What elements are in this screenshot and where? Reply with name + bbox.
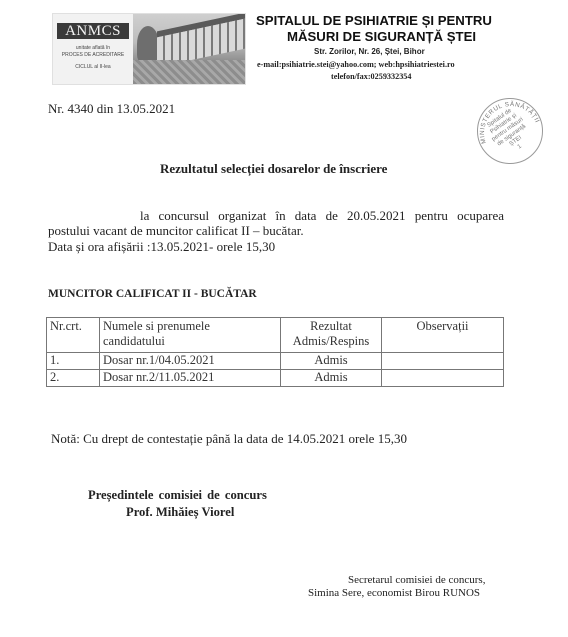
anmcs-brand: ANMCS (57, 23, 129, 39)
logo-line-3: CICLUL al II-lea (75, 64, 110, 71)
row-observations (382, 370, 504, 387)
org-contact: e-mail:psihiatrie.stei@yahoo.com; web:hp… (257, 60, 455, 69)
row-observations (382, 353, 504, 370)
header-nr: Nr.crt. (47, 318, 100, 353)
section-title: MUNCITOR CALIFICAT II - BUCĂTAR (48, 288, 257, 300)
header-name: Numele si prenumele candidatului (100, 318, 281, 353)
org-address: Str. Zorilor, Nr. 26, Ștei, Bihor (314, 47, 425, 56)
header-name-line-1: Numele si prenumele (103, 319, 210, 333)
table-header-row: Nr.crt. Numele si prenumele candidatului… (47, 318, 504, 353)
tree-shape (137, 26, 159, 62)
paragraph-line-2: postului vacant de muncitor calificat II… (48, 223, 304, 239)
anmcs-badge: ANMCS unitate aflată în PROCES DE ACREDI… (53, 14, 133, 84)
logo-line-2: PROCES DE ACREDITARE (62, 52, 124, 59)
secretary-name: Simina Sere, economist Birou RUNOS (308, 587, 480, 599)
paragraph-line-1: la concursul organizat în data de 20.05.… (48, 208, 504, 224)
document-reference: Nr. 4340 din 13.05.2021 (48, 101, 175, 117)
posting-time: Data și ora afișării :13.05.2021- orele … (48, 239, 275, 255)
accreditation-logo: ANMCS unitate aflată în PROCES DE ACREDI… (52, 13, 246, 85)
president-name: Prof. Mihăieș Viorel (126, 505, 234, 520)
row-nr: 1. (47, 353, 100, 370)
org-name-line-1: SPITALUL DE PSIHIATRIE ȘI PENTRU (256, 13, 492, 28)
org-name-line-2: MĂSURI DE SIGURANȚĂ ȘTEI (287, 29, 476, 44)
row-result: Admis (281, 353, 382, 370)
logo-line-1: unitate aflată în (76, 45, 110, 52)
garden-shape (133, 60, 245, 84)
president-title: Președintele comisiei de concurs (88, 488, 267, 503)
row-result: Admis (281, 370, 382, 387)
row-name: Dosar nr.2/11.05.2021 (100, 370, 281, 387)
results-table: Nr.crt. Numele si prenumele candidatului… (46, 317, 504, 387)
header-result-line-1: Rezultat (310, 319, 352, 333)
official-stamp: MINISTERUL SĂNĂTĂȚII Spitalul dePsihiatr… (477, 98, 543, 164)
document-title: Rezultatul selecției dosarelor de înscri… (160, 161, 387, 177)
hospital-building-photo (133, 14, 245, 84)
stamp-graphic: MINISTERUL SĂNĂTĂȚII Spitalul dePsihiatr… (478, 99, 542, 163)
secretary-title: Secretarul comisiei de concurs, (348, 574, 485, 586)
appeal-note: Notă: Cu drept de contestație până la da… (51, 431, 407, 447)
header-observations: Observații (382, 318, 504, 353)
svg-text:1: 1 (517, 143, 524, 150)
org-phone: telefon/fax:0259332354 (331, 72, 412, 81)
header-result-line-2: Admis/Respins (293, 334, 369, 348)
row-nr: 2. (47, 370, 100, 387)
table-row: 1. Dosar nr.1/04.05.2021 Admis (47, 353, 504, 370)
header-name-line-2: candidatului (103, 334, 165, 348)
row-name: Dosar nr.1/04.05.2021 (100, 353, 281, 370)
header-result: Rezultat Admis/Respins (281, 318, 382, 353)
table-row: 2. Dosar nr.2/11.05.2021 Admis (47, 370, 504, 387)
